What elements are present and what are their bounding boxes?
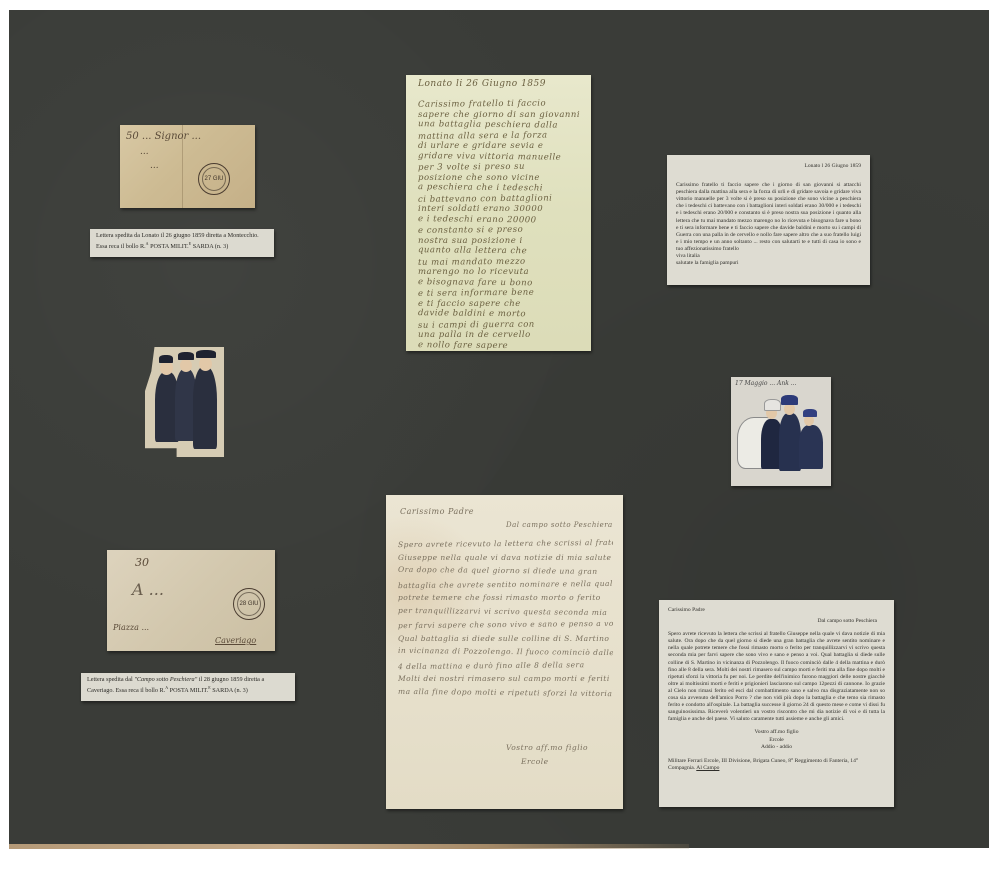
handwritten-line: di urlare e gridare sevia e xyxy=(418,141,581,152)
envelope-lonato: 50 ... Signor ... ... ... 27 GIU xyxy=(120,125,255,208)
handwritten-line: Giuseppe nella quale vi dava notizie di … xyxy=(398,553,613,567)
envelope-street: Piazza ... xyxy=(113,623,149,632)
transcript-closing-2: salutate la famiglia pampuri xyxy=(676,260,861,267)
handwritten-line: marengo no lo ricevuta xyxy=(418,267,581,278)
handwritten-line: interi soldati erano 30000 xyxy=(418,204,581,215)
postmark-stamp: 28 GIU xyxy=(233,588,265,620)
handwritten-line: una palla in de cervello xyxy=(418,330,581,341)
postmark-text: 27 GIU xyxy=(204,176,223,182)
caption-label-1: Lettera spedita da Lonato il 26 giugno 1… xyxy=(90,229,274,257)
caption-line-1: Lettera spedita da Lonato il 26 giugno 1… xyxy=(96,232,268,240)
letter-header: Lonato li 26 Giugno 1859 xyxy=(418,79,581,93)
postcard-handwriting: 17 Maggio ... Ank ... xyxy=(735,380,796,387)
caption-line-1: Lettera spedita dal "Campo sotto Peschie… xyxy=(87,676,289,684)
handwritten-line: e nollo fare sapere xyxy=(418,340,581,351)
handwritten-line: Molti dei nostri rimasero sul campo mort… xyxy=(398,674,613,688)
caption-label-2: Lettera spedita dal "Campo sotto Peschie… xyxy=(81,673,295,701)
postmark-text: 28 GIU xyxy=(239,601,258,607)
letter-signature-2: Ercole xyxy=(521,757,613,769)
envelope-address: A ... xyxy=(132,580,164,599)
photo-cavalry-postcard: 17 Maggio ... Ank ... xyxy=(731,377,831,486)
transcript-footer: Militare Ferrari Ercole, III Divisione, … xyxy=(668,758,885,772)
caption-line-2: Caveriago. Essa reca il bollo R.A POSTA … xyxy=(87,684,289,695)
handwritten-line: potrete temere che fossi rimasto morto o… xyxy=(398,593,613,607)
envelope-town: Caveriago xyxy=(215,636,256,645)
handwritten-line: per farvi sapere che sono vivo e sano e … xyxy=(398,619,613,635)
caption-line-2: Essa reca il bollo R.A POSTA MILIT.E SAR… xyxy=(96,240,268,251)
letter-place: Dal campo sotto Peschiera xyxy=(506,521,613,533)
letter-salutation: Carissimo Padre xyxy=(400,507,613,519)
handwritten-line: Qual battaglia si diede sulle colline di… xyxy=(398,634,613,648)
transcript-salutation: Carissimo Padre xyxy=(668,607,885,614)
photo-soldiers xyxy=(145,347,224,457)
transcript-closing-1: Vostro aff.mo figlio xyxy=(668,729,885,736)
transcript-closing-2: Ercole xyxy=(668,737,885,744)
footer-al-campo: Al Campo xyxy=(696,765,719,771)
transcript-closing-3: Addio - addio xyxy=(668,744,885,751)
transcript-lonato: Lonato l 26 Giugno 1859 Carissimo fratel… xyxy=(667,155,870,285)
envelope-handwriting-3: ... xyxy=(150,161,159,171)
handwritten-letter-peschiera: Carissimo Padre Dal campo sotto Peschier… xyxy=(386,495,623,809)
envelope-caveriago: 30 A ... Piazza ... Caveriago 28 GIU xyxy=(107,550,275,651)
handwritten-line: 4 della mattina e durò fino alle 8 della… xyxy=(398,659,613,675)
handwritten-line: battaglia che avrete sentito nominare e … xyxy=(398,578,613,594)
envelope-number: 30 xyxy=(135,556,149,569)
handwritten-letter-lonato: Lonato li 26 Giugno 1859 Carissimo frate… xyxy=(406,75,591,351)
handwritten-line: ma alla fine dopo molti e ripetuti sforz… xyxy=(398,686,613,702)
envelope-handwriting: 50 ... Signor ... xyxy=(126,131,201,142)
transcript-body: Spero avrete ricevuto la lettera che scr… xyxy=(668,631,885,723)
transcript-date: Lonato l 26 Giugno 1859 xyxy=(676,163,861,170)
transcript-peschiera: Carissimo Padre Dal campo sotto Peschier… xyxy=(659,600,894,807)
letter-signature-1: Vostro aff.mo figlio xyxy=(506,743,613,755)
postmark-stamp: 27 GIU xyxy=(198,163,230,195)
handwritten-line: Spero avrete ricevuto la lettera che scr… xyxy=(398,538,613,554)
transcript-body: Carissimo fratello ti faccio sapere che … xyxy=(676,182,861,253)
frame-edge xyxy=(9,844,689,849)
envelope-handwriting-2: ... xyxy=(140,147,149,157)
transcript-place: Dal campo sotto Peschiera xyxy=(668,618,877,625)
